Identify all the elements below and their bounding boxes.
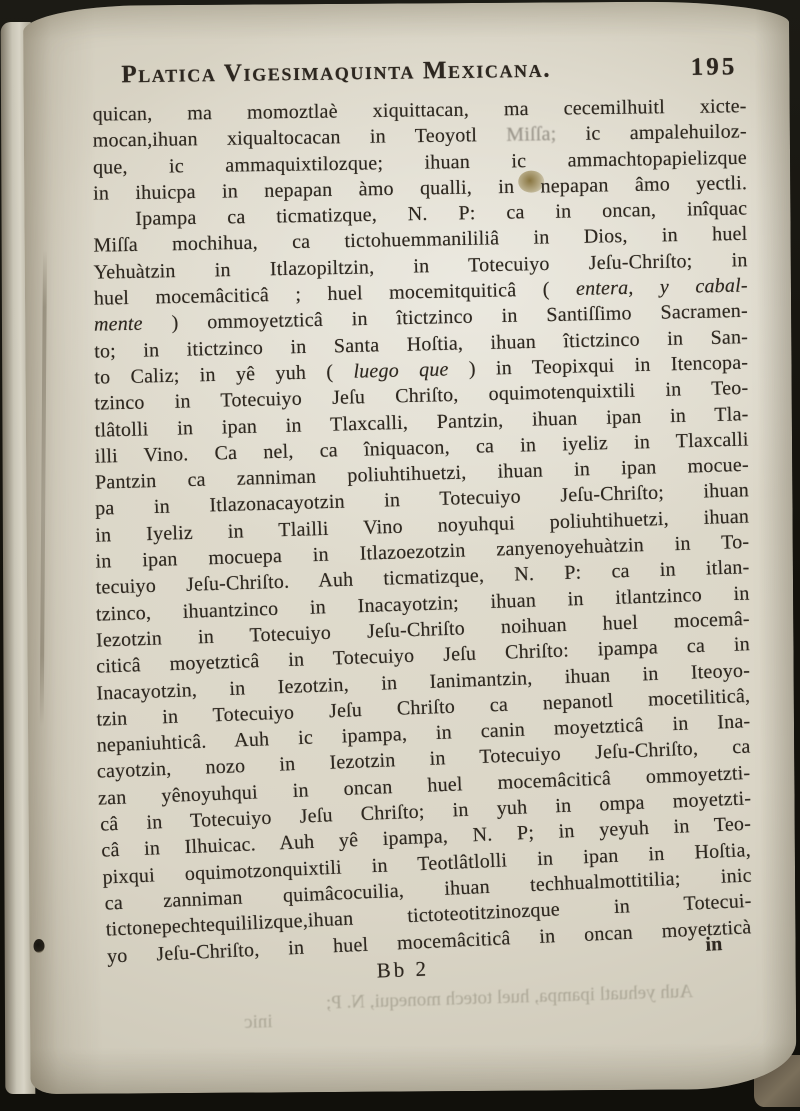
page-title: Platica Vigesimaquinta Mexicana.	[95, 56, 551, 90]
book-page: Platica Vigesimaquinta Mexicana. 195 qui…	[23, 1, 797, 1094]
running-header: Platica Vigesimaquinta Mexicana. 195	[95, 53, 737, 89]
fold-crease	[40, 250, 47, 726]
signature-mark: Bb 2	[376, 957, 429, 984]
scanned-book-page: Platica Vigesimaquinta Mexicana. 195 qui…	[0, 0, 800, 1111]
page-number: 195	[691, 53, 738, 82]
catchword: in	[705, 933, 723, 957]
wormhole-mark	[33, 939, 44, 953]
show-through-text: Auh yehuatl ipampa, huel totech monequi,…	[326, 981, 694, 1015]
body-text: quican, ma momoztlaè xiquittacan, ma cec…	[93, 97, 753, 969]
show-through-text: inic	[244, 1011, 273, 1034]
